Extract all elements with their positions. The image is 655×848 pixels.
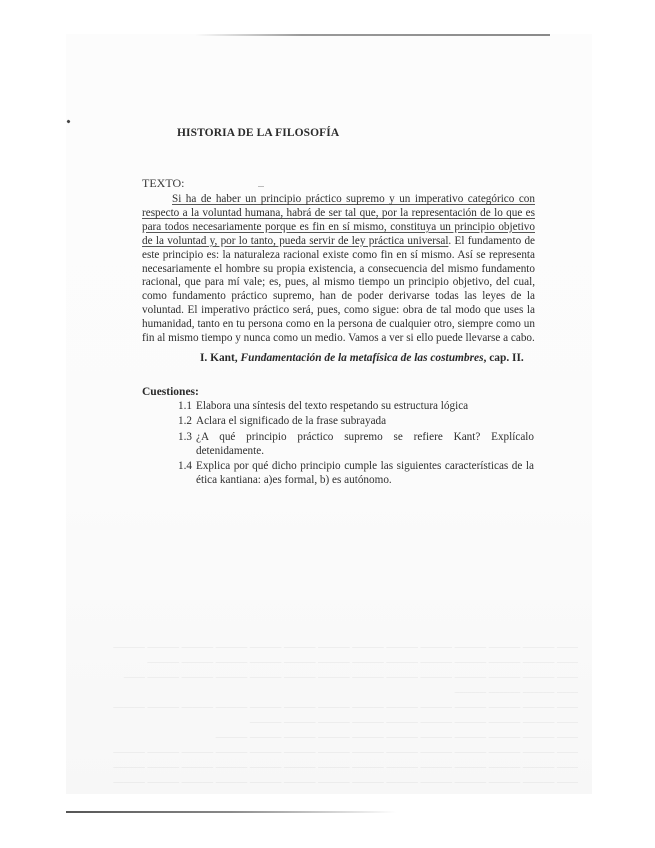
document-title: HISTORIA DE LA FILOSOFÍA (177, 127, 339, 139)
question-number: 1.1 (178, 400, 196, 414)
citation: I. Kant, Fundamentación de la metafísica… (200, 352, 524, 364)
passage-rest: . El fundamento de este principio es: la… (142, 235, 535, 344)
page-top-edge-shadow (195, 34, 550, 36)
question-text: Explica por qué dicho principio cumple l… (196, 460, 534, 488)
questions-list: 1.1 Elabora una síntesis del texto respe… (178, 400, 534, 489)
question-item: 1.3 ¿A qué principio práctico supremo se… (178, 431, 534, 459)
question-number: 1.2 (178, 415, 196, 429)
question-text: Elabora una síntesis del texto respetand… (196, 400, 534, 414)
question-item: 1.4 Explica por qué dicho principio cump… (178, 460, 534, 488)
pencil-mark (258, 186, 264, 187)
question-number: 1.3 (178, 431, 196, 459)
question-text: Aclara el significado de la frase subray… (196, 415, 534, 429)
citation-work: Fundamentación de la metafísica de las c… (241, 352, 484, 364)
question-item: 1.1 Elabora una síntesis del texto respe… (178, 400, 534, 414)
citation-author: I. Kant, (200, 352, 241, 364)
question-number: 1.4 (178, 460, 196, 488)
question-item: 1.2 Aclara el significado de la frase su… (178, 415, 534, 429)
citation-chapter: , cap. II. (484, 352, 524, 364)
questions-heading: Cuestiones: (142, 386, 199, 398)
kant-passage: Si ha de haber un principio práctico sup… (142, 193, 535, 346)
question-text: ¿A qué principio práctico supremo se ref… (196, 431, 534, 459)
page-bottom-edge-shadow (66, 811, 396, 813)
section-label-texto: TEXTO: (142, 176, 184, 191)
